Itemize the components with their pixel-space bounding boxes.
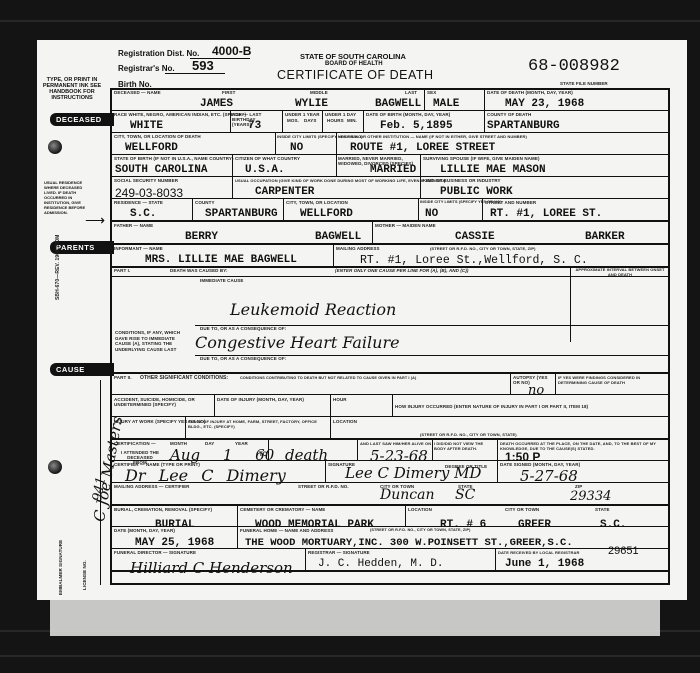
res-street-label: STREET AND NUMBER bbox=[485, 200, 536, 205]
divider bbox=[322, 110, 323, 132]
section-divider bbox=[110, 372, 670, 374]
deceased-first-name: JAMES bbox=[200, 98, 233, 110]
industry-label: KIND OF BUSINESS OR INDUSTRY bbox=[423, 178, 501, 183]
father-first: BERRY bbox=[185, 231, 218, 243]
under-1-year-label: UNDER 1 YEAR bbox=[285, 112, 320, 117]
row-divider bbox=[110, 243, 670, 245]
divider bbox=[232, 154, 233, 176]
race-value: WHITE bbox=[130, 120, 163, 132]
city-of-death-label: CITY, TOWN, OR LOCATION OF DEATH bbox=[114, 134, 201, 139]
first-label: FIRST bbox=[222, 90, 236, 95]
divider bbox=[420, 154, 421, 176]
view-body-label: I DID/DID NOT VIEW THE BODY AFTER DEATH. bbox=[434, 441, 494, 451]
res-county-value: SPARTANBURG bbox=[205, 208, 278, 220]
inside-city-value: NO bbox=[290, 142, 303, 154]
row-divider bbox=[110, 394, 670, 395]
divider bbox=[405, 504, 406, 526]
arrow-right-icon: ⟶ bbox=[85, 212, 105, 229]
under-1-day-label: UNDER 1 DAY bbox=[325, 112, 356, 117]
mother-last: BARKER bbox=[585, 231, 625, 243]
informant-value: MRS. LILLIE MAE BAGWELL bbox=[145, 254, 297, 266]
form-number: SBH-670—REV. 1968 250M bbox=[55, 235, 61, 300]
spouse-label: SURVIVING SPOUSE (IF WIFE, GIVE MAIDEN N… bbox=[423, 156, 540, 161]
certification-label: CERTIFICATION — bbox=[114, 441, 156, 446]
director-signature: Hilliard C Henderson bbox=[130, 559, 293, 577]
divider bbox=[268, 438, 269, 460]
injury-hour-label: HOUR bbox=[333, 397, 347, 402]
embalmer-signature-label: EMBALMER SIGNATURE bbox=[58, 540, 63, 595]
certifier-zip: 29334 bbox=[570, 489, 611, 504]
scan-streak bbox=[0, 20, 700, 22]
divider bbox=[275, 132, 276, 154]
form-right-border bbox=[668, 88, 670, 584]
row-divider bbox=[110, 548, 670, 549]
form-top-border bbox=[110, 88, 670, 90]
cause-a: Leukemoid Reaction bbox=[230, 300, 396, 319]
conditions-label: CONDITIONS, IF ANY, WHICH GAVE RISE TO I… bbox=[115, 330, 190, 352]
board-name: BOARD OF HEALTH bbox=[325, 61, 383, 67]
residence-note: USUAL RESIDENCE WHERE DECEASED LIVED. IF… bbox=[44, 180, 90, 215]
industry-value: PUBLIC WORK bbox=[440, 186, 513, 198]
disposition-location-label: LOCATION bbox=[408, 507, 432, 512]
disposition-city-label: CITY OR TOWN bbox=[505, 507, 539, 512]
attended-to: death bbox=[285, 446, 328, 464]
one-cause-label: (ENTER ONLY ONE CAUSE PER LINE FOR (a), … bbox=[335, 268, 468, 273]
divider bbox=[185, 416, 186, 438]
res-street-value: RT. #1, LOREE ST. bbox=[490, 208, 602, 220]
res-inside-value: NO bbox=[425, 208, 438, 220]
received-value: June 1, 1968 bbox=[505, 558, 584, 570]
divider bbox=[555, 372, 556, 394]
registration-dist-value: 4000-B bbox=[212, 44, 251, 58]
tag-deceased: DECEASED bbox=[50, 113, 114, 126]
other-conditions-sub: CONDITIONS CONTRIBUTING TO DEATH BUT NOT… bbox=[240, 376, 416, 380]
received-label: DATE RECEIVED BY LOCAL REGISTRAR bbox=[498, 550, 579, 555]
mother-first: CASSIE bbox=[455, 231, 495, 243]
immediate-cause-label: IMMEDIATE CAUSE bbox=[200, 278, 243, 283]
divider bbox=[214, 394, 215, 416]
res-city-value: WELLFORD bbox=[300, 208, 353, 220]
row-divider bbox=[110, 198, 670, 199]
caused-by-label: DEATH WAS CAUSED BY: bbox=[170, 268, 228, 273]
to-label: TO bbox=[259, 452, 267, 458]
autopsy-value: no bbox=[528, 383, 544, 398]
row-divider bbox=[110, 416, 670, 417]
divider bbox=[232, 176, 233, 198]
dob-value: Feb. 5,1895 bbox=[380, 120, 453, 132]
registrar-signature: J. C. Hedden, M. D. bbox=[318, 558, 443, 570]
res-city-label: CITY, TOWN, OR LOCATION bbox=[286, 200, 348, 205]
mailing-label: MAILING ADDRESS bbox=[336, 246, 380, 251]
part1-label: PART I. bbox=[114, 268, 130, 273]
marital-value: MARRIED bbox=[370, 164, 416, 176]
row-divider bbox=[110, 132, 670, 133]
punch-hole bbox=[48, 140, 62, 154]
dob-label: DATE OF BIRTH (MONTH, DAY, YEAR) bbox=[366, 112, 450, 117]
certificate-margin bbox=[50, 600, 660, 636]
date-of-death-label: DATE OF DEATH (MONTH, DAY, YEAR) bbox=[487, 90, 573, 95]
city-of-death-value: WELLFORD bbox=[125, 142, 178, 154]
disposition-state: S.C. bbox=[600, 519, 626, 531]
findings-label: IF YES WERE FINDINGS CONSIDERED IN DETER… bbox=[558, 375, 666, 385]
row-divider bbox=[110, 154, 670, 155]
license-no-label: LICENSE NO. bbox=[82, 560, 87, 590]
registrars-no-label: Registrar's No. bbox=[118, 64, 175, 73]
informant-label: INFORMANT — NAME bbox=[114, 246, 163, 251]
last-label: LAST bbox=[405, 90, 417, 95]
res-county-label: COUNTY bbox=[195, 200, 215, 205]
tag-cause: CAUSE bbox=[50, 363, 114, 376]
divider bbox=[482, 198, 483, 220]
mailing-sub-label: (STREET OR R.F.D. NO., CITY OR TOWN, STA… bbox=[430, 246, 536, 251]
ssn-label: SOCIAL SECURITY NUMBER bbox=[114, 178, 178, 183]
section-divider bbox=[110, 504, 670, 506]
divider bbox=[230, 110, 231, 132]
father-label: FATHER — NAME bbox=[114, 223, 153, 228]
divider bbox=[392, 394, 393, 416]
divider bbox=[325, 460, 326, 482]
punch-hole bbox=[48, 460, 62, 474]
hospital-value: ROUTE #1, LOREE STREET bbox=[350, 142, 495, 154]
cemetery-label: CEMETERY OR CREMATORY — NAME bbox=[240, 507, 325, 512]
row-divider bbox=[110, 482, 670, 483]
state-name: STATE OF SOUTH CAROLINA bbox=[300, 52, 406, 61]
divider bbox=[357, 438, 358, 460]
location-label: LOCATION bbox=[333, 419, 357, 424]
page-title: CERTIFICATE OF DEATH bbox=[277, 68, 434, 82]
divider bbox=[283, 198, 284, 220]
divider bbox=[420, 176, 421, 198]
county-of-death-value: SPARTANBURG bbox=[487, 120, 560, 132]
row-divider bbox=[110, 526, 670, 527]
days-label: DAYS bbox=[304, 118, 317, 123]
instructions-note: TYPE, OR PRINT IN PERMANENT INK SEE HAND… bbox=[42, 77, 102, 101]
sex-value: MALE bbox=[433, 98, 459, 110]
registrars-no-value: 593 bbox=[192, 58, 214, 73]
sex-label: SEX bbox=[427, 90, 436, 95]
citizen-value: U.S.A. bbox=[245, 164, 285, 176]
other-conditions-label: OTHER SIGNIFICANT CONDITIONS: bbox=[140, 375, 228, 381]
row-divider bbox=[110, 110, 670, 111]
father-last: BAGWELL bbox=[315, 231, 361, 243]
county-of-death-label: COUNTY OF DEATH bbox=[487, 112, 531, 117]
mos-label: MOS. bbox=[287, 118, 299, 123]
divider bbox=[305, 548, 306, 570]
funeral-home-sub: (STREET OR R.F.D. NO., CITY OR TOWN, STA… bbox=[370, 528, 471, 532]
funeral-zip: 29651 bbox=[608, 545, 639, 557]
divider bbox=[192, 198, 193, 220]
divider bbox=[372, 221, 373, 243]
street-label: STREET OR R.F.D. NO. bbox=[298, 484, 349, 489]
name-label: DECEASED — NAME bbox=[114, 90, 161, 95]
divider bbox=[495, 548, 496, 570]
citizen-label: CITIZEN OF WHAT COUNTRY bbox=[235, 156, 300, 161]
middle-label: MIDDLE bbox=[310, 90, 328, 95]
disposition-date-label: DATE (MONTH, DAY, YEAR) bbox=[114, 528, 175, 533]
divider bbox=[432, 438, 433, 460]
funeral-home-label: FUNERAL HOME — NAME AND ADDRESS bbox=[240, 528, 333, 533]
row-divider bbox=[110, 276, 670, 277]
occupation-label: USUAL OCCUPATION (GIVE KIND OF WORK DONE… bbox=[235, 178, 445, 183]
scan-streak bbox=[0, 655, 700, 657]
location-sub: (STREET OR R.F.D. NO., CITY OR TOWN, STA… bbox=[420, 432, 517, 437]
min-label: MIN. bbox=[347, 118, 357, 123]
section-divider bbox=[110, 220, 670, 222]
occupation-value: CARPENTER bbox=[255, 186, 314, 198]
degree-label: DEGREE OR TITLE bbox=[445, 464, 487, 469]
side-divider bbox=[100, 380, 101, 585]
certifier-city: Duncan bbox=[380, 487, 434, 503]
registrar-label: REGISTRAR — SIGNATURE bbox=[308, 550, 370, 555]
registration-dist-label: Registration Dist. No. bbox=[118, 49, 199, 58]
birth-state-value: SOUTH CAROLINA bbox=[115, 164, 207, 176]
divider bbox=[282, 110, 283, 132]
last-saw-value: 5-23-68 bbox=[370, 447, 428, 465]
section-divider bbox=[110, 438, 670, 440]
underline bbox=[165, 73, 225, 74]
res-state-label: RESIDENCE — STATE bbox=[114, 200, 163, 205]
deceased-middle-name: WYLIE bbox=[295, 98, 328, 110]
birth-state-label: STATE OF BIRTH (IF NOT IN U.S.A., NAME C… bbox=[114, 156, 234, 161]
row-divider bbox=[110, 460, 670, 461]
hours-label: HOURS bbox=[327, 118, 344, 123]
place-label: PLACE OF INJURY AT HOME, FARM, STREET, F… bbox=[188, 419, 328, 429]
part2-label: PART II. bbox=[114, 375, 132, 380]
spouse-value: LILLIE MAE MASON bbox=[440, 164, 546, 176]
row-divider bbox=[110, 176, 670, 177]
injury-date-label: DATE OF INJURY (MONTH, DAY, YEAR) bbox=[217, 397, 304, 402]
due-to-label-b: DUE TO, OR AS A CONSEQUENCE OF: bbox=[200, 356, 286, 361]
mother-label: MOTHER — MAIDEN NAME bbox=[375, 223, 436, 228]
race-label: RACE WHITE, NEGRO, AMERICAN INDIAN, ETC.… bbox=[114, 112, 246, 117]
cause-b: Congestive Heart Failure bbox=[195, 333, 400, 352]
form-left-border bbox=[110, 88, 112, 584]
last-saw-label: AND LAST SAW HIM/HER ALIVE ON bbox=[360, 441, 431, 446]
due-to-label-a: DUE TO, OR AS A CONSEQUENCE OF: bbox=[200, 326, 286, 331]
state-file-number: 68-008982 bbox=[528, 57, 620, 76]
form-bottom-border bbox=[110, 583, 670, 585]
disposition-city: GREER bbox=[518, 519, 551, 531]
date-of-death-value: MAY 23, 1968 bbox=[505, 98, 584, 110]
certifier-mailing-label: MAILING ADDRESS — CERTIFIER bbox=[114, 484, 190, 489]
how-injury-label: HOW INJURY OCCURRED (ENTER NATURE OF INJ… bbox=[395, 404, 588, 409]
burial-label: BURIAL, CREMATION, REMOVAL (SPECIFY) bbox=[114, 507, 212, 512]
certifier-state: SC bbox=[455, 487, 475, 503]
divider bbox=[510, 372, 511, 394]
divider bbox=[418, 198, 419, 220]
form-footer-line bbox=[110, 570, 670, 572]
res-state-value: S.C. bbox=[130, 208, 156, 220]
age-value: 73 bbox=[248, 120, 261, 132]
hospital-label: HOSPITAL OR OTHER INSTITUTION — NAME (IF… bbox=[338, 134, 527, 139]
disposition-state-label: STATE bbox=[595, 507, 610, 512]
director-label: FUNERAL DIRECTOR — SIGNATURE bbox=[114, 550, 196, 555]
divider bbox=[333, 244, 334, 266]
divider bbox=[570, 266, 571, 342]
divider bbox=[363, 110, 364, 132]
divider bbox=[424, 88, 425, 110]
deceased-last-name: BAGWELL bbox=[375, 98, 421, 110]
state-file-number-label: STATE FILE NUMBER bbox=[560, 81, 608, 86]
accident-label: ACCIDENT, SUICIDE, HOMICIDE, OR UNDETERM… bbox=[114, 397, 209, 407]
